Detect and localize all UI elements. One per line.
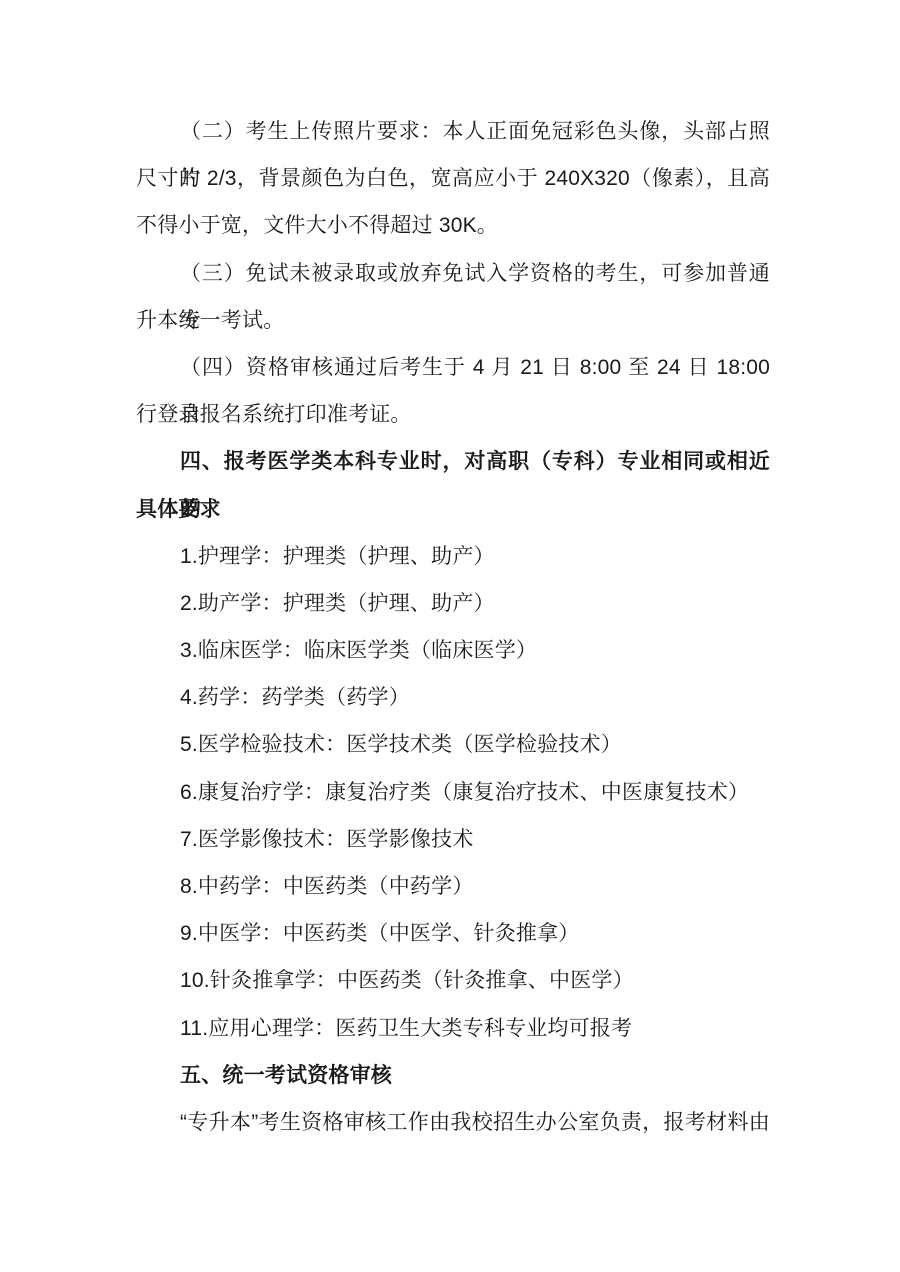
text-line: 9.中医学：中医药类（中医学、针灸推拿） bbox=[136, 910, 770, 957]
text-line: 四、报考医学类本科专业时，对高职（专科）专业相同或相近的 bbox=[136, 438, 770, 485]
text-line: 1.护理学：护理类（护理、助产） bbox=[136, 533, 770, 580]
text-line: 升本统一考试。 bbox=[136, 297, 770, 344]
text-line: “专升本”考生资格审核工作由我校招生办公室负责，报考材料由 bbox=[136, 1099, 770, 1146]
text-line: 8.中药学：中医药类（中药学） bbox=[136, 863, 770, 910]
text-line: 11.应用心理学：医药卫生大类专科专业均可报考 bbox=[136, 1005, 770, 1052]
document-body: （二）考生上传照片要求：本人正面免冠彩色头像，头部占照片尺寸的 2/3，背景颜色… bbox=[136, 108, 770, 1146]
text-line: 尺寸的 2/3，背景颜色为白色，宽高应小于 240X320（像素），且高 bbox=[136, 155, 770, 202]
document-page: （二）考生上传照片要求：本人正面免冠彩色头像，头部占照片尺寸的 2/3，背景颜色… bbox=[0, 0, 900, 1272]
text-line: 4.药学：药学类（药学） bbox=[136, 674, 770, 721]
text-line: 五、统一考试资格审核 bbox=[136, 1052, 770, 1099]
text-line: 5.医学检验技术：医学技术类（医学检验技术） bbox=[136, 721, 770, 768]
text-line: （二）考生上传照片要求：本人正面免冠彩色头像，头部占照片 bbox=[136, 108, 770, 155]
text-line: 具体要求 bbox=[136, 486, 770, 533]
text-line: （四）资格审核通过后考生于 4 月 21 日 8:00 至 24 日 18:00… bbox=[136, 344, 770, 391]
text-line: 6.康复治疗学：康复治疗类（康复治疗技术、中医康复技术） bbox=[136, 769, 770, 816]
text-line: 7.医学影像技术：医学影像技术 bbox=[136, 816, 770, 863]
text-line: 不得小于宽，文件大小不得超过 30K。 bbox=[136, 202, 770, 249]
text-line: 2.助产学：护理类（护理、助产） bbox=[136, 580, 770, 627]
text-line: （三）免试未被录取或放弃免试入学资格的考生，可参加普通专 bbox=[136, 250, 770, 297]
text-line: 行登录报名系统打印准考证。 bbox=[136, 391, 770, 438]
text-line: 10.针灸推拿学：中医药类（针灸推拿、中医学） bbox=[136, 957, 770, 1004]
text-line: 3.临床医学：临床医学类（临床医学） bbox=[136, 627, 770, 674]
